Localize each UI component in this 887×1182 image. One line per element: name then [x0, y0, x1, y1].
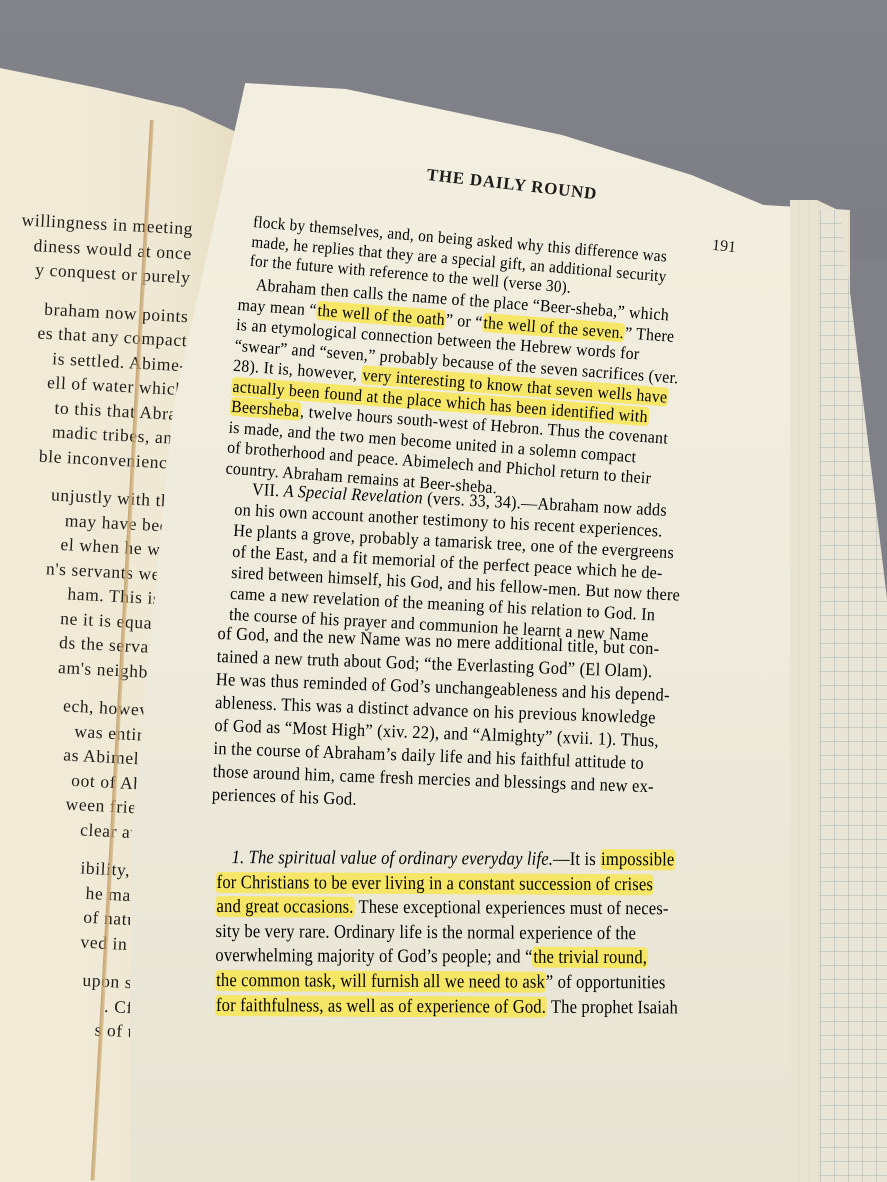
highlighted-text: Beersheba: [230, 397, 301, 421]
paragraph-spiritual-value: 1. The spiritual value of ordinary every…: [215, 846, 679, 1021]
paragraph-el-olam: of God, and the new Name was no mere add…: [212, 622, 672, 822]
text-span: —It is: [553, 849, 600, 870]
text-line: 1. The spiritual value of ordinary every…: [216, 846, 679, 873]
graph-paper-bookmark: [820, 210, 887, 1182]
highlighted-text: for Christians to be ever living in a co…: [216, 872, 654, 895]
highlighted-text: impossible: [600, 849, 675, 870]
section-numeral: VII.: [252, 479, 280, 500]
subsection-heading: 1. The spiritual value of ordinary every…: [232, 847, 554, 870]
highlighted-text: and great occasions.: [216, 896, 355, 918]
text-span: These exceptional experiences must of ne…: [354, 897, 668, 920]
text-span: ” of opportunities: [546, 972, 666, 994]
text-line: for Christians to be ever living in a co…: [216, 871, 679, 898]
highlighted-text: for faithfulness, as well as of experien…: [215, 995, 547, 1018]
highlighted-text: the common task, will furnish all we nee…: [215, 970, 546, 993]
paragraph-beersheba: Abraham then calls the name of the place…: [225, 274, 684, 511]
text-line: sity be very rare. Ordinary life is the …: [215, 920, 678, 947]
text-line: for faithfulness, as well as of experien…: [215, 994, 678, 1021]
page-number: 191: [711, 237, 737, 257]
text-span: ” There: [624, 323, 675, 346]
paragraph-special-revelation: VII. A Special Revelation (vers. 33, 34)…: [229, 478, 685, 648]
text-line: and great occasions. These exceptional e…: [216, 895, 679, 922]
text-span: The prophet Isaiah: [547, 996, 678, 1018]
text-line: the common task, will furnish all we nee…: [215, 969, 678, 996]
text-line: overwhelming majority of God’s people; a…: [215, 944, 678, 971]
text-span: ” or “: [445, 310, 483, 332]
highlighted-text: the trivial round,: [532, 947, 648, 969]
text-span: overwhelming majority of God’s people; a…: [215, 945, 532, 968]
